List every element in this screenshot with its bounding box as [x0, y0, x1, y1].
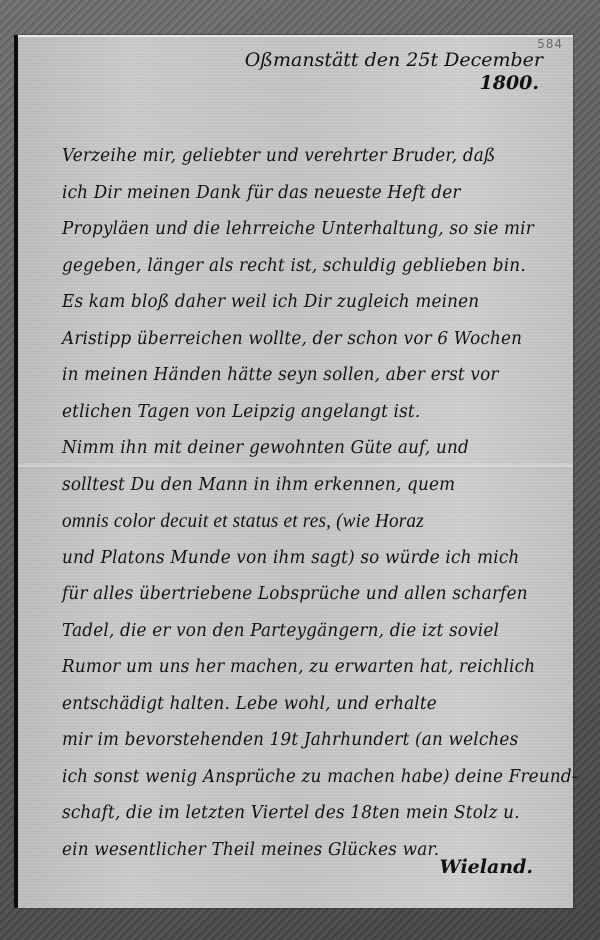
body-line: mir im bevorstehenden 19t Jahrhundert (a… — [62, 722, 552, 759]
body-line: Nimm ihn mit deiner gewohnten Güte auf, … — [62, 430, 552, 467]
body-line: ich sonst wenig Ansprüche zu machen habe… — [62, 759, 552, 796]
place-date-line: Oßmanstätt den 25t December — [245, 49, 543, 71]
letter-body: Verzeihe mir, geliebter und verehrter Br… — [62, 138, 572, 868]
sheet-left-edge — [14, 35, 18, 908]
signature: Wieland. — [439, 856, 533, 878]
body-line: Aristipp überreichen wollte, der schon v… — [62, 321, 552, 358]
body-line: ich Dir meinen Dank für das neueste Heft… — [62, 175, 552, 212]
body-line: Es kam bloß daher weil ich Dir zugleich … — [62, 284, 552, 321]
body-line: schaft, die im letzten Viertel des 18ten… — [62, 795, 552, 832]
body-line: etlichen Tagen von Leipzig angelangt ist… — [62, 394, 552, 431]
body-line: in meinen Händen hätte seyn sollen, aber… — [62, 357, 552, 394]
body-line: gegeben, länger als recht ist, schuldig … — [62, 248, 552, 285]
body-line: Tadel, die er von den Parteygängern, die… — [62, 613, 552, 650]
letter-sheet: 584 Oßmanstätt den 25t December 1800. Ve… — [18, 35, 573, 908]
sheet-top-edge — [18, 35, 573, 37]
body-line: Propyläen und die lehrreiche Unterhaltun… — [62, 211, 552, 248]
body-line: Rumor um uns her machen, zu erwarten hat… — [62, 649, 552, 686]
body-line: solltest Du den Mann in ihm erkennen, qu… — [62, 467, 552, 504]
place-and-date: Oßmanstätt den 25t December 1800. — [245, 49, 543, 95]
body-line-latin-quote: omnis color decuit et status et res, (wi… — [62, 503, 552, 540]
body-line: Verzeihe mir, geliebter und verehrter Br… — [62, 138, 552, 175]
body-line: für alles übertriebene Lobsprüche und al… — [62, 576, 552, 613]
body-line: und Platons Munde von ihm sagt) so würde… — [62, 540, 552, 577]
year-line: 1800. — [245, 72, 543, 95]
body-line: entschädigt halten. Lebe wohl, und erhal… — [62, 686, 552, 723]
